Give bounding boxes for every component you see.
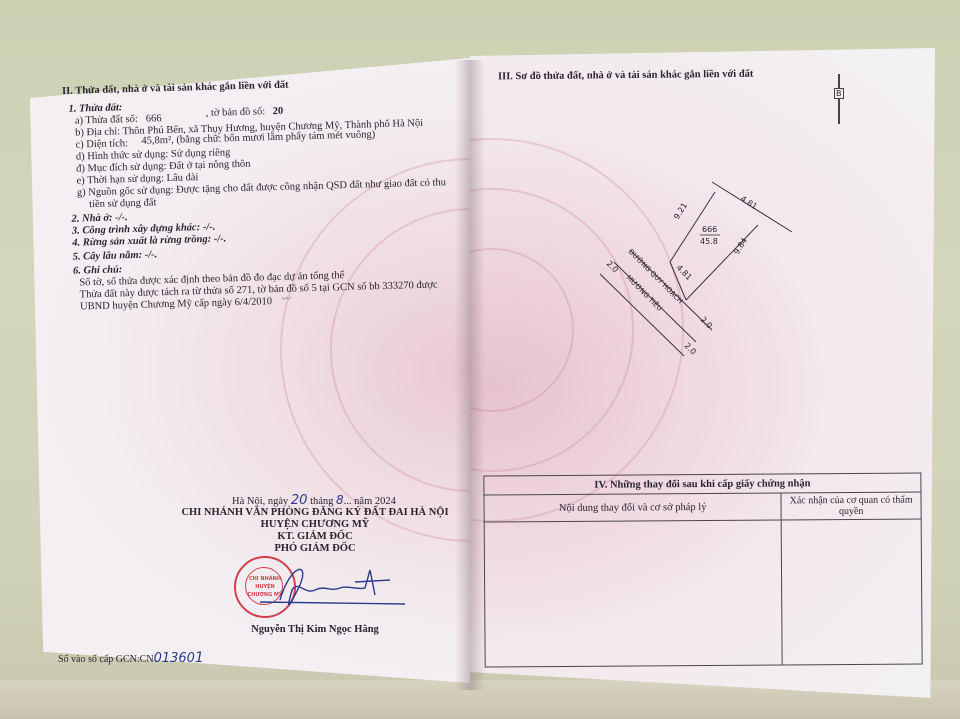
- role-line2: PHÓ GIÁM ĐỐC: [170, 543, 460, 556]
- plot-area: 45.8: [700, 237, 718, 246]
- plot-diagram: 4.81 9.21 9.84 4.81 666 45.8 ĐƯỜNG QUY H…: [590, 170, 820, 370]
- date-prefix: Hà Nội, ngày: [232, 496, 288, 507]
- org-line1: CHI NHÁNH VĂN PHÒNG ĐĂNG KÝ ĐẤT ĐAI HÀ N…: [170, 507, 460, 520]
- issue-day: 20: [291, 493, 308, 508]
- north-label: B: [834, 88, 844, 99]
- signer-name: Nguyễn Thị Kim Ngọc Hằng: [215, 624, 415, 637]
- col-authority-confirmation: Xác nhận của cơ quan có thẩm quyền: [781, 492, 921, 520]
- origin-line2: tiền sử dụng đất: [89, 197, 157, 211]
- map-sheet-label: , tờ bản đồ số:: [206, 106, 266, 120]
- year-label: năm 2024: [354, 496, 396, 507]
- north-arrow-icon: [838, 74, 840, 124]
- month-label: tháng: [310, 496, 333, 507]
- book-spine: [455, 60, 485, 690]
- org-line2: HUYỆN CHƯƠNG MỸ: [170, 519, 460, 532]
- map-sheet-no: 20: [273, 106, 284, 119]
- registry-number: Số vào sổ cấp GCN:CN013601: [58, 652, 204, 667]
- road-width: 2.0: [699, 315, 714, 330]
- parcel-no: 666: [146, 113, 162, 126]
- issue-month: 8: [336, 493, 344, 507]
- edge-right: 9.84: [732, 236, 749, 256]
- change-content-cell: [484, 520, 782, 667]
- initials-mark: 〰: [281, 294, 290, 307]
- registry-label: Số vào sổ cấp GCN:CN: [58, 654, 154, 665]
- changes-table: IV. Những thay đổi sau khi cấp giấy chứn…: [483, 472, 922, 667]
- handwritten-signature: [230, 560, 410, 620]
- role-line1: KT. GIÁM ĐỐC: [170, 531, 460, 544]
- section-iii-title: III. Sơ đồ thửa đất, nhà ở và tài sản kh…: [498, 69, 754, 84]
- ditch-width-right: 2.0: [683, 341, 698, 356]
- perennial-item: 5. Cây lâu năm: -/-.: [73, 249, 158, 264]
- plot-parcel-no: 666: [702, 225, 717, 234]
- edge-left: 9.21: [672, 201, 689, 221]
- col-change-content: Nội dung thay đổi và cơ sở pháp lý: [484, 493, 781, 522]
- ditch-width-left: 2.0: [605, 259, 620, 274]
- registry-suffix: 1: [195, 650, 204, 666]
- authority-confirmation-cell: [781, 519, 922, 665]
- registry-no: 01360: [154, 651, 195, 666]
